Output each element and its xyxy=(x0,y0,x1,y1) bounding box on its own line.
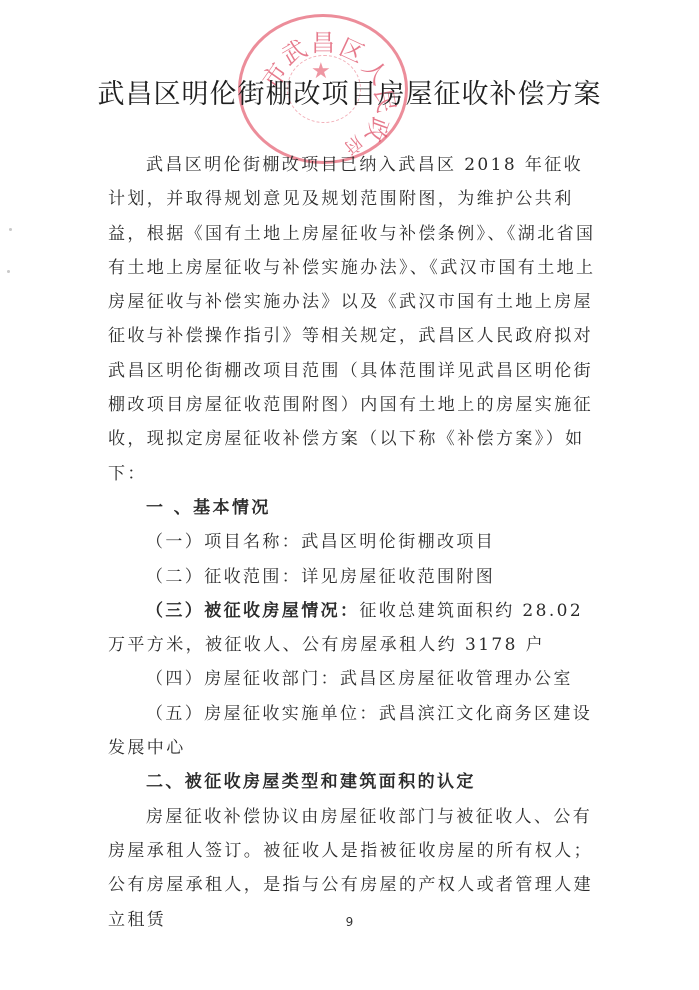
info-label: （五）房屋征收实施单位： xyxy=(146,704,379,724)
info-value: 详见房屋征收范围附图 xyxy=(301,567,495,587)
section2-paragraph: 房屋征收补偿协议由房屋征收部门与被征收人、公有房屋承租人签订。被征收人是指被征收… xyxy=(108,800,596,937)
document-title: 武昌区明伦街棚改项目房屋征收补偿方案 xyxy=(0,72,699,111)
info-value: 武昌区明伦街棚改项目 xyxy=(301,532,495,552)
section-heading-basic-info: 一 、基本情况 xyxy=(108,491,596,525)
info-item-project-name: （一）项目名称：武昌区明伦街棚改项目 xyxy=(108,525,596,559)
document-body: 武昌区明伦街棚改项目已纳入武昌区 2018 年征收计划，并取得规划意见及规划范围… xyxy=(108,148,596,937)
info-item-housing-situation: （三）被征收房屋情况：征收总建筑面积约 28.02 万平方米，被征收人、公有房屋… xyxy=(108,594,596,663)
info-label: （四）房屋征收部门： xyxy=(146,669,340,689)
info-value: 武昌区房屋征收管理办公室 xyxy=(340,669,573,689)
info-item-scope: （二）征收范围：详见房屋征收范围附图 xyxy=(108,560,596,594)
info-item-implementing-unit: （五）房屋征收实施单位：武昌滨江文化商务区建设发展中心 xyxy=(108,697,596,766)
intro-paragraph: 武昌区明伦街棚改项目已纳入武昌区 2018 年征收计划，并取得规划意见及规划范围… xyxy=(108,148,596,491)
seal-char: 政 xyxy=(358,113,399,148)
seal-char: 昌 xyxy=(311,23,335,58)
document-page: ★ 市 武 昌 区 人 民 政 府 武昌区明伦街棚改项目房屋征收补偿方案 武昌区… xyxy=(0,0,699,990)
section-heading-housing-types: 二、被征收房屋类型和建筑面积的认定 xyxy=(108,765,596,799)
info-item-department: （四）房屋征收部门：武昌区房屋征收管理办公室 xyxy=(108,662,596,696)
info-label: （一）项目名称： xyxy=(146,532,301,552)
scan-speck xyxy=(7,270,10,273)
info-label: （三）被征收房屋情况： xyxy=(146,601,359,621)
scan-speck xyxy=(9,228,12,231)
info-label: （二）征收范围： xyxy=(146,567,301,587)
